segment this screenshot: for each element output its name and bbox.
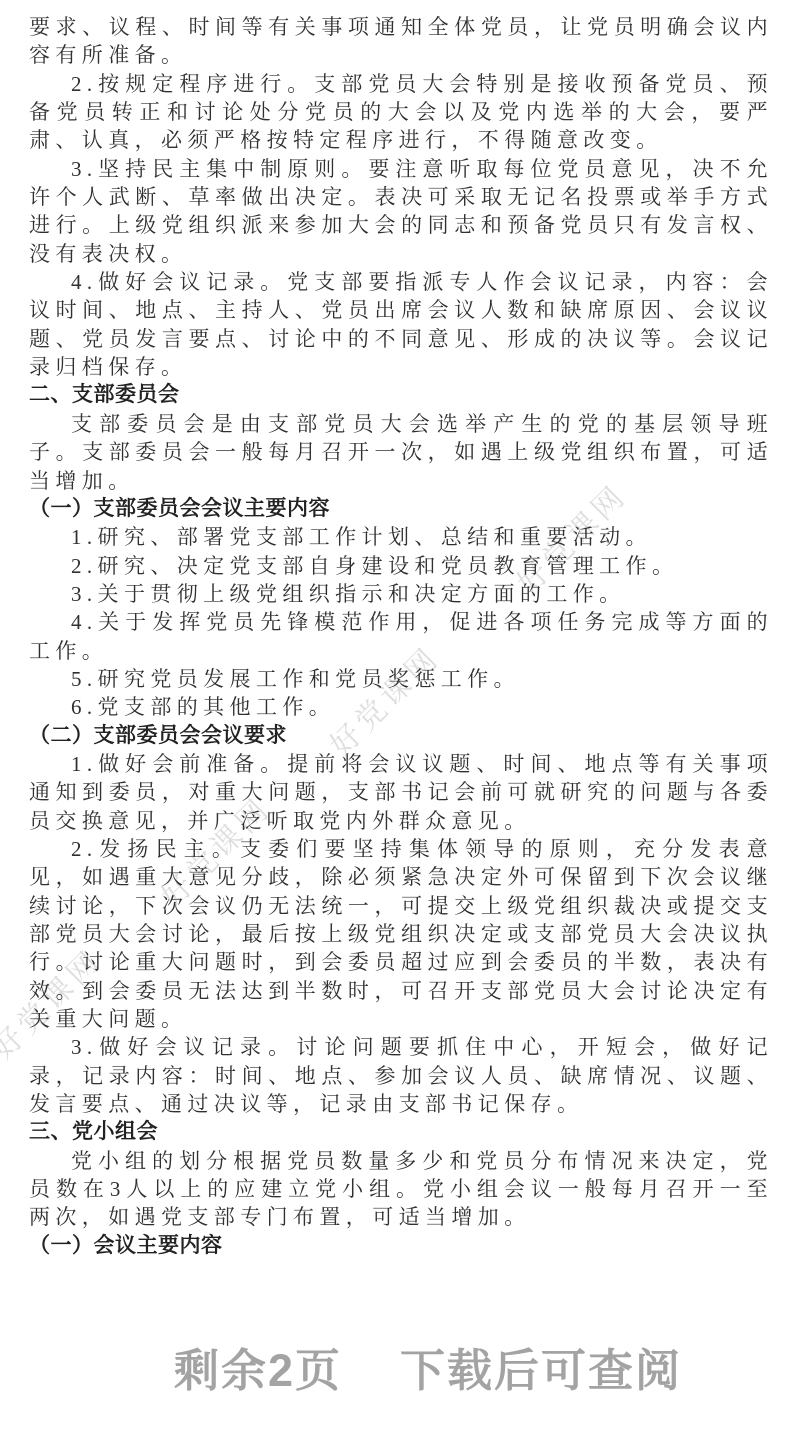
paragraph: 3.坚持民主集中制原则。要注意听取每位党员意见，决不允许个人武断、草率做出决定。… [29,155,773,268]
paragraph: 2.发扬民主。支委们要坚持集体领导的原则，充分发表意见，如遇重大意见分歧，除必须… [29,835,773,1033]
paragraph: 支部委员会是由支部党员大会选举产生的党的基层领导班子。支部委员会一般每月召开一次… [29,410,773,495]
section-heading: 二、支部委员会 [29,381,773,409]
paragraph: 2.按规定程序进行。支部党员大会特别是接收预备党员、预备党员转正和讨论处分党员的… [29,70,773,155]
paragraph: 1.做好会前准备。提前将会议议题、时间、地点等有关事项通知到委员，对重大问题，支… [29,750,773,835]
paragraph: 3.关于贯彻上级党组织指示和决定方面的工作。 [29,580,773,608]
remaining-pages-label: 剩余2页 [174,1345,342,1396]
paragraph: 2.研究、决定党支部自身建设和党员教育管理工作。 [29,552,773,580]
section-heading: （一）会议主要内容 [29,1232,773,1260]
section-heading: （二）支部委员会会议要求 [29,722,773,750]
paragraph: 4.做好会议记录。党支部要指派专人作会议记录，内容：会议时间、地点、主持人、党员… [29,268,773,381]
paragraph: 3.做好会议记录。讨论问题要抓住中心，开短会，做好记录，记录内容：时间、地点、参… [29,1033,773,1118]
download-hint-label: 下载后可查阅 [400,1345,682,1396]
document-page: 要求、议程、时间等有关事项通知全体党员，让党员明确会议内容有所准备。 2.按规定… [29,13,773,1260]
paragraph: 党小组的划分根据党员数量多少和党员分布情况来决定，党员数在3人以上的应建立党小组… [29,1147,773,1232]
paragraph: 要求、议程、时间等有关事项通知全体党员，让党员明确会议内容有所准备。 [29,13,773,70]
paragraph: 1.研究、部署党支部工作计划、总结和重要活动。 [29,523,773,551]
paragraph: 6.党支部的其他工作。 [29,693,773,721]
section-heading: （一）支部委员会会议主要内容 [29,495,773,523]
paragraph: 5.研究党员发展工作和党员奖惩工作。 [29,665,773,693]
paragraph: 4.关于发挥党员先锋模范作用，促进各项任务完成等方面的工作。 [29,608,773,665]
section-heading: 三、党小组会 [29,1118,773,1146]
remaining-pages-notice: 剩余2页下载后可查阅 [56,1348,800,1394]
